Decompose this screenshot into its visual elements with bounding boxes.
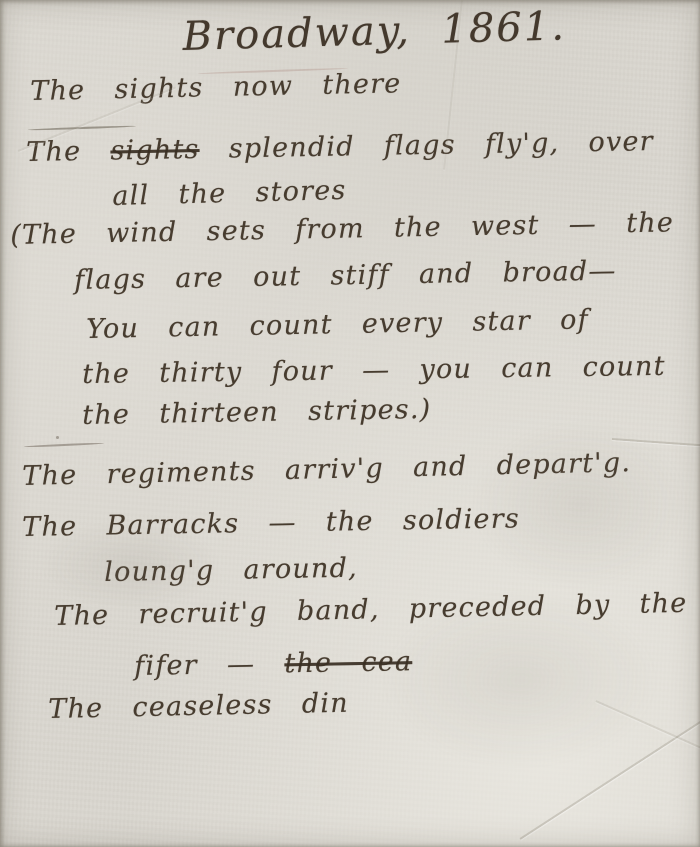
paper-crease	[520, 675, 700, 840]
line-text: (The wind sets from the west — the	[10, 207, 674, 251]
line-text: fifer —	[134, 648, 285, 682]
paper-crease	[596, 700, 700, 771]
line-text: The Barracks — the soldiers	[22, 503, 520, 543]
line-text: The recruit'g band, preceded by the	[54, 588, 688, 632]
line-text: The regiments arriv'g and depart'g.	[22, 447, 631, 492]
underline-mark	[28, 125, 136, 131]
line-text: The	[26, 136, 111, 168]
line-text: flags are out stiff and broad—	[74, 256, 617, 296]
struck-text: sights	[110, 134, 200, 167]
manuscript-line: the thirty four — you can count	[82, 351, 666, 390]
line-text: the thirteen stripes.)	[82, 394, 432, 431]
paper-crease	[612, 438, 700, 446]
manuscript-line: The recruit'g band, preceded by the	[54, 588, 688, 632]
manuscript-line: You can count every star of	[86, 304, 589, 345]
manuscript-line: The sights splendid flags fly'g, over	[26, 126, 654, 168]
manuscript-title: Broadway, 1861.	[182, 3, 567, 60]
manuscript-line: flags are out stiff and broad—	[74, 256, 617, 296]
manuscript-line: all the stores	[112, 175, 347, 212]
manuscript-line: The sights now there	[30, 68, 402, 107]
line-text: The sights now there	[30, 68, 402, 107]
manuscript-line: The ceaseless din	[48, 688, 349, 725]
manuscript-page: Broadway, 1861. The sights now thereThe …	[0, 0, 700, 847]
section-divider-dot	[56, 436, 59, 439]
line-text: splendid flags fly'g, over	[199, 126, 654, 165]
manuscript-line: The regiments arriv'g and depart'g.	[22, 447, 631, 492]
manuscript-line: loung'g around,	[104, 553, 358, 588]
manuscript-line: (The wind sets from the west — the	[10, 207, 674, 251]
line-text: The ceaseless din	[48, 688, 349, 725]
manuscript-line: the thirteen stripes.)	[82, 394, 432, 431]
line-text: the thirty four — you can count	[82, 351, 666, 390]
struck-text: the cea	[284, 646, 412, 679]
manuscript-line: The Barracks — the soldiers	[22, 503, 520, 543]
manuscript-line: fifer — the cea	[134, 646, 412, 682]
section-divider-mark	[24, 442, 104, 447]
line-text: You can count every star of	[86, 304, 589, 345]
line-text: loung'g around,	[104, 553, 358, 588]
line-text: all the stores	[112, 175, 347, 212]
